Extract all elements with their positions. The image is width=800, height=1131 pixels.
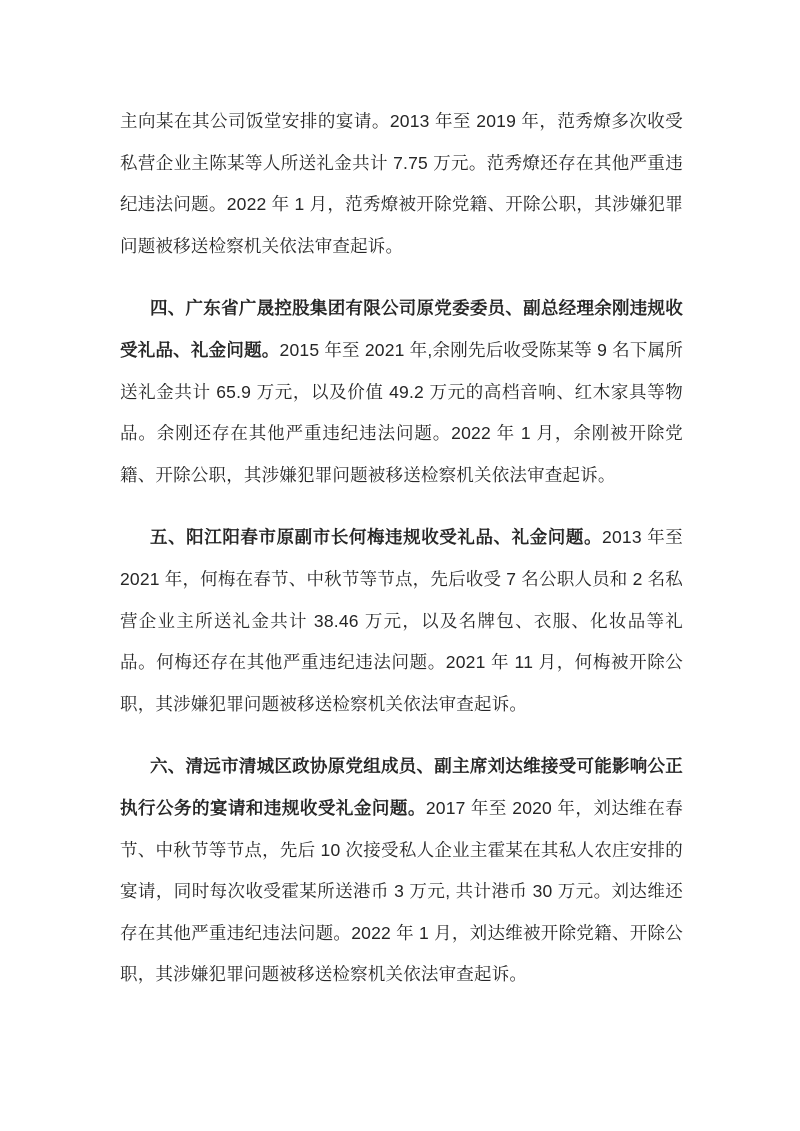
paragraph-text: 主向某在其公司饭堂安排的宴请。2013 年至 2019 年，范秀燎多次收受私营企… — [120, 111, 683, 256]
case-6-body: 2017 年至 2020 年，刘达维在春节、中秋节等节点，先后 10 次接受私人… — [120, 798, 683, 984]
paragraph-continuation: 主向某在其公司饭堂安排的宴请。2013 年至 2019 年，范秀燎多次收受私营企… — [120, 101, 683, 267]
paragraph-case-4: 四、广东省广晟控股集团有限公司原党委委员、副总经理余刚违规收受礼品、礼金问题。2… — [120, 288, 683, 496]
case-4-body: 2015 年至 2021 年,余刚先后收受陈某等 9 名下属所送礼金共计 65.… — [120, 340, 683, 485]
case-5-heading: 五、阳江阳春市原副市长何梅违规收受礼品、礼金问题。 — [150, 527, 602, 547]
paragraph-case-5: 五、阳江阳春市原副市长何梅违规收受礼品、礼金问题。2013 年至 2021 年，… — [120, 517, 683, 725]
document-page: 主向某在其公司饭堂安排的宴请。2013 年至 2019 年，范秀燎多次收受私营企… — [0, 0, 800, 1131]
case-5-body: 2013 年至 2021 年，何梅在春节、中秋节等节点，先后收受 7 名公职人员… — [120, 527, 683, 713]
paragraph-case-6: 六、清远市清城区政协原党组成员、副主席刘达维接受可能影响公正执行公务的宴请和违规… — [120, 746, 683, 996]
document-content: 主向某在其公司饭堂安排的宴请。2013 年至 2019 年，范秀燎多次收受私营企… — [120, 101, 683, 1017]
